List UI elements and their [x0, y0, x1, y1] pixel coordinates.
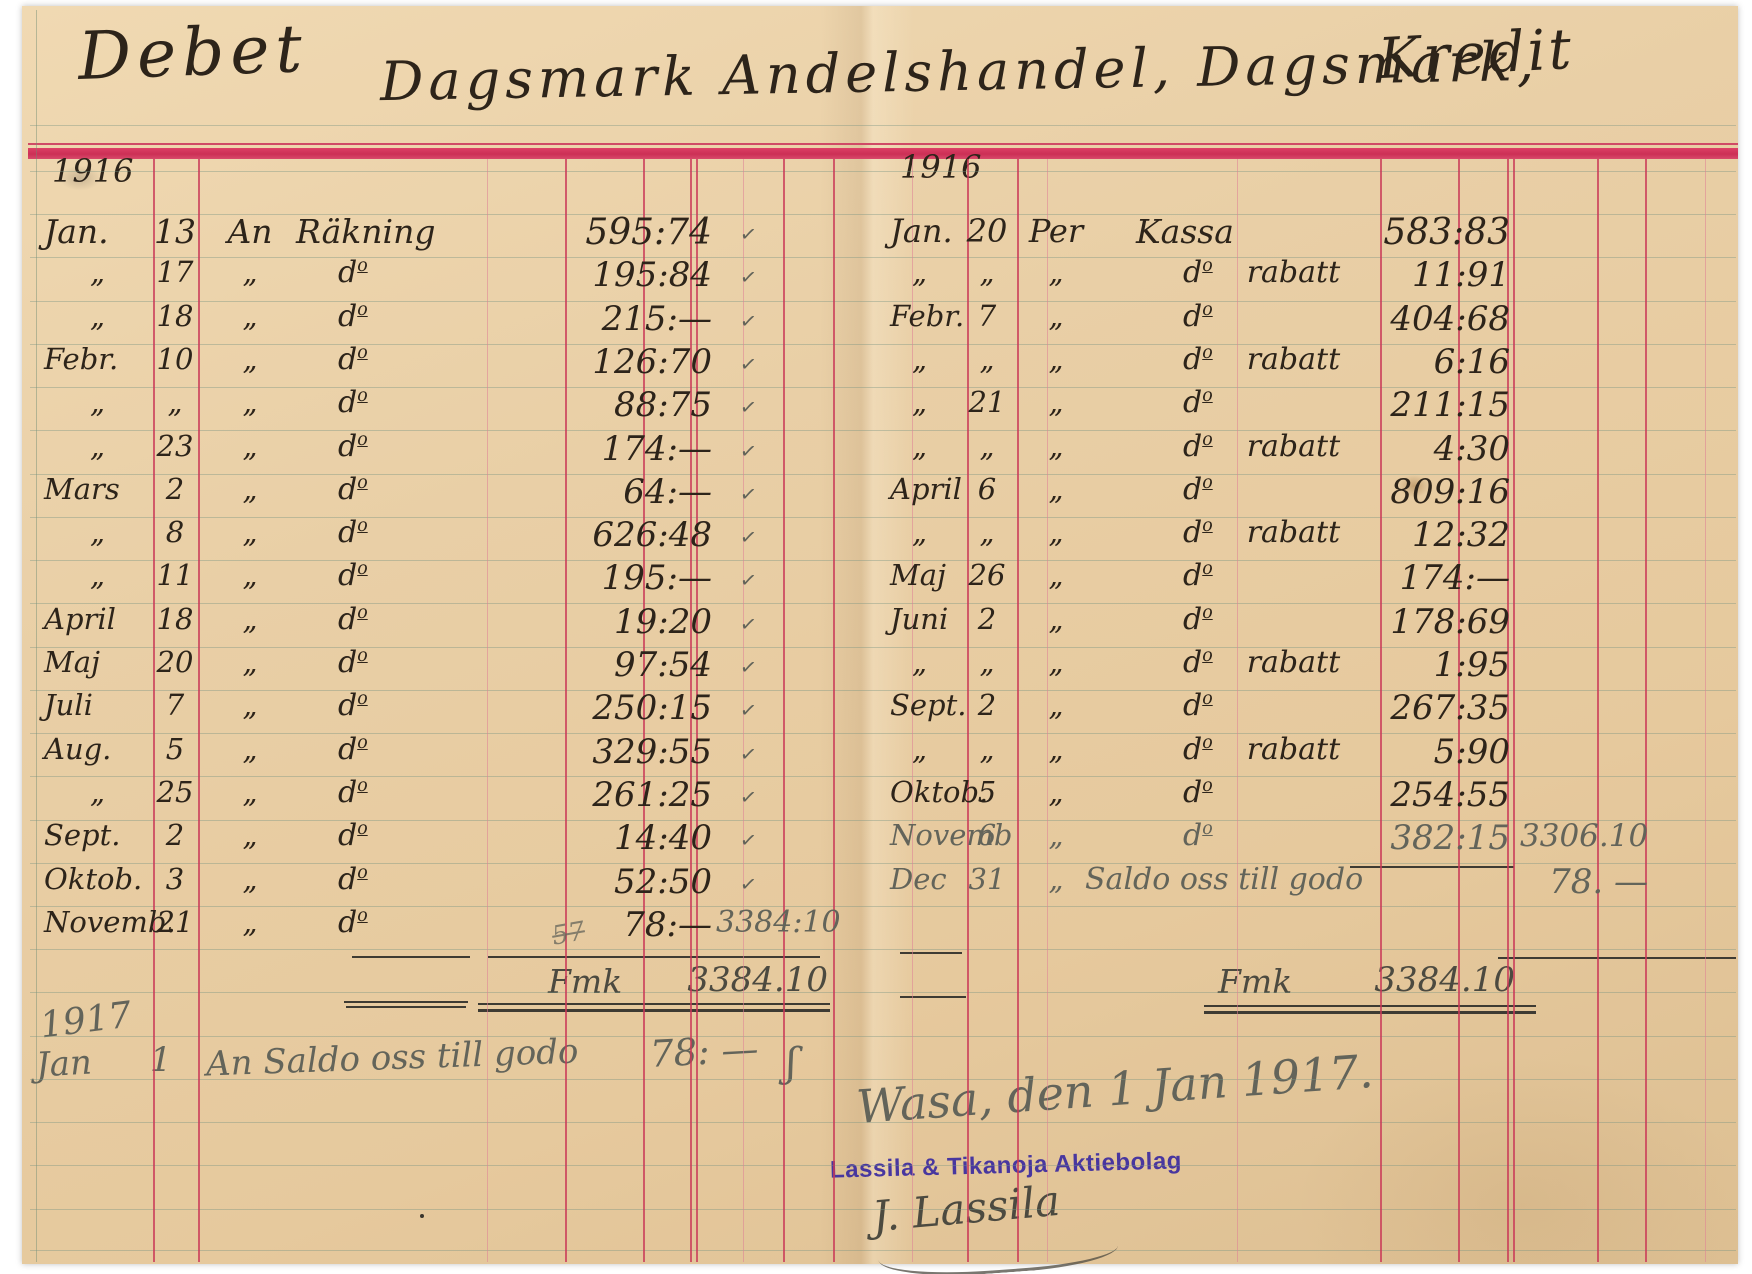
debet-month: „: [90, 299, 105, 333]
kredit-amount: 6:16: [1310, 342, 1510, 382]
debet-day: 3: [150, 862, 200, 896]
overwritten-amount: 57: [550, 916, 588, 951]
ruled-line: [30, 1165, 1736, 1166]
kredit-per: „: [1026, 602, 1086, 636]
debet-day: 2: [150, 472, 200, 506]
debet-day: 25: [150, 775, 200, 809]
kredit-row: Novemb6„do382:153306.10: [880, 818, 1740, 864]
debet-column-title: Debet: [77, 10, 309, 95]
debet-desc: do: [338, 645, 368, 680]
check-mark: ✓: [738, 784, 758, 810]
debet-desc: do: [338, 818, 368, 853]
kredit-month: Maj: [890, 558, 946, 592]
kredit-day: „: [960, 645, 1014, 679]
kredit-per: Per: [1026, 212, 1086, 250]
kredit-day: 21: [960, 385, 1014, 419]
debet-desc: do: [338, 429, 368, 464]
debet-amount: 19:20: [500, 602, 712, 642]
header-rule-thin: [28, 143, 1738, 145]
ruled-line: [30, 1036, 1736, 1037]
kredit-per: „: [1026, 862, 1086, 896]
kredit-desc: do: [1183, 299, 1213, 334]
kredit-month: „: [912, 342, 927, 376]
debet-amount: 261:25: [500, 775, 712, 815]
debet-amount: 64:—: [500, 472, 712, 512]
kredit-desc: do: [1183, 558, 1213, 593]
check-mark: ✓: [738, 394, 758, 420]
kredit-day: 5: [960, 775, 1014, 809]
kredit-day: „: [960, 515, 1014, 549]
kredit-desc: do: [1183, 602, 1213, 637]
kredit-desc: do: [1183, 385, 1213, 420]
ruled-line: [30, 1122, 1736, 1123]
debet-month: Febr.: [44, 342, 118, 376]
kredit-total-double-rule2: [1204, 1011, 1536, 1014]
kredit-amount: 583:83: [1310, 212, 1510, 253]
kredit-month: „: [912, 732, 927, 766]
kredit-amount: 5:90: [1310, 732, 1510, 772]
kredit-total-double-rule: [1204, 1005, 1536, 1007]
debet-amount: 126:70: [500, 342, 712, 382]
debet-row: „„„do88:75✓: [36, 385, 836, 431]
kredit-per: „: [1026, 775, 1086, 809]
kredit-amount: 382:15: [1310, 818, 1510, 858]
kredit-row: Sept.2„do267:35: [880, 688, 1740, 734]
debet-amount: 329:55: [500, 732, 712, 772]
check-mark: ✓: [738, 221, 758, 247]
kredit-day: „: [960, 732, 1014, 766]
kredit-total-label: Fmk: [1218, 962, 1292, 1001]
kredit-per: „: [1026, 732, 1086, 766]
kredit-row: „„„dorabatt6:16: [880, 342, 1740, 388]
debet-day: 2: [150, 818, 200, 852]
debet-day: 5: [150, 732, 200, 766]
kredit-month: Jan.: [890, 212, 953, 250]
debet-day: 20: [150, 645, 200, 679]
kredit-desc: do: [1183, 818, 1213, 853]
kredit-per: „: [1026, 429, 1086, 463]
debet-row: „18„do215:—✓: [36, 299, 836, 345]
debet-amount: 250:15: [500, 688, 712, 728]
debet-total-double-rule: [478, 1003, 830, 1005]
debet-day: 21: [150, 905, 200, 939]
debet-month: „: [90, 255, 105, 289]
check-mark: ✓: [738, 654, 758, 680]
debet-per: „: [218, 255, 282, 289]
kredit-day: 6: [960, 472, 1014, 506]
check-mark: ✓: [738, 741, 758, 767]
kredit-month: Sept.: [890, 688, 966, 722]
kredit-row: Febr.7„do404:68: [880, 299, 1740, 345]
check-mark: ✓: [738, 351, 758, 377]
check-mark: ✓: [738, 611, 758, 637]
kredit-desc: do: [1183, 775, 1213, 810]
kredit-amount: 1:95: [1310, 645, 1510, 685]
debet-row: Sept.2„do14:40✓: [36, 818, 836, 864]
kredit-amount: 178:69: [1310, 602, 1510, 642]
kredit-per: „: [1026, 515, 1086, 549]
debet-month: „: [90, 775, 105, 809]
kredit-column-title: Kredit: [1376, 17, 1575, 92]
kredit-month: Dec: [890, 862, 947, 896]
kredit-per: „: [1026, 255, 1086, 289]
debet-per: „: [218, 515, 282, 549]
kredit-row: „21„do211:15: [880, 385, 1740, 431]
debet-month: „: [90, 515, 105, 549]
kredit-row: Dec31„Saldo oss till godo78. —: [880, 862, 1740, 908]
debet-month: Mars: [44, 472, 120, 506]
debet-amount: 195:84: [500, 255, 712, 295]
kredit-pencil-subtotal: 3306.10: [1520, 818, 1670, 854]
debet-amount: 88:75: [500, 385, 712, 425]
debet-total-double-rule2: [478, 1009, 830, 1012]
kredit-month: „: [912, 255, 927, 289]
debet-month: Jan.: [44, 212, 109, 251]
kredit-per: „: [1026, 472, 1086, 506]
debet-per: „: [218, 775, 282, 809]
kredit-amount: 267:35: [1310, 688, 1510, 728]
debet-per: An: [218, 212, 282, 251]
debet-row: „11„do195:—✓: [36, 558, 836, 604]
ruled-line: [30, 171, 1736, 172]
debet-row: Novemb.21„do78:—573384:10: [36, 905, 836, 951]
debet-desc: Räkning: [296, 212, 435, 251]
debet-day: 10: [150, 342, 200, 376]
debet-desc: do: [338, 515, 368, 550]
kredit-per: „: [1026, 818, 1086, 852]
kredit-row: „„„dorabatt1:95: [880, 645, 1740, 691]
debet-closing-dash-bottom: [344, 1001, 468, 1003]
kredit-day: 2: [960, 688, 1014, 722]
kredit-month: „: [912, 515, 927, 549]
ruled-line: [30, 992, 1736, 993]
kredit-amount: 809:16: [1310, 472, 1510, 512]
kredit-row: Maj26„do174:—: [880, 558, 1740, 604]
debet-row: „23„do174:—✓: [36, 429, 836, 475]
debet-amount: 52:50: [500, 862, 712, 902]
debet-month: Maj: [44, 645, 100, 679]
kredit-amount: 4:30: [1310, 429, 1510, 469]
ruled-line: [30, 1250, 1736, 1251]
kredit-row: „„„dorabatt11:91: [880, 255, 1740, 301]
kredit-per: „: [1026, 688, 1086, 722]
debet-desc: do: [338, 558, 368, 593]
debet-row: Jan.13AnRäkning595:74✓: [36, 212, 836, 258]
kredit-amount: 78. —: [1540, 862, 1648, 902]
ruled-line: [30, 1209, 1736, 1210]
debet-day: 8: [150, 515, 200, 549]
debet-day: „: [150, 385, 200, 419]
debet-month: „: [90, 385, 105, 419]
check-mark: ✓: [738, 567, 758, 593]
debet-closing-dash-top: [352, 956, 470, 958]
kredit-desc: do: [1183, 472, 1213, 507]
debet-day: 18: [150, 602, 200, 636]
kredit-day: 6: [960, 818, 1014, 852]
debet-row: April18„do19:20✓: [36, 602, 836, 648]
kredit-amount: 11:91: [1310, 255, 1510, 295]
debet-month: Juli: [44, 688, 93, 722]
debet-desc: do: [338, 862, 368, 897]
debet-per: „: [218, 818, 282, 852]
debet-desc: do: [338, 688, 368, 723]
kredit-row: April6„do809:16: [880, 472, 1740, 518]
debet-desc: do: [338, 255, 368, 290]
kredit-amount: 404:68: [1310, 299, 1510, 339]
debet-amount: 626:48: [500, 515, 712, 555]
kredit-per: „: [1026, 558, 1086, 592]
debet-per: „: [218, 472, 282, 506]
debet-month: „: [90, 558, 105, 592]
debet-desc: do: [338, 905, 368, 940]
check-mark: ✓: [738, 308, 758, 334]
kredit-day: „: [960, 342, 1014, 376]
debet-desc: do: [338, 472, 368, 507]
debet-per: „: [218, 385, 282, 419]
debet-row: Juli7„do250:15✓: [36, 688, 836, 734]
debet-day: 11: [150, 558, 200, 592]
debet-total-rule: [488, 956, 820, 958]
debet-row: Mars2„do64:—✓: [36, 472, 836, 518]
kredit-day: 31: [960, 862, 1014, 896]
debet-per: „: [218, 429, 282, 463]
debet-month: Aug.: [44, 732, 111, 766]
debet-day: 17: [150, 255, 200, 289]
debet-amount: 14:40: [500, 818, 712, 858]
debet-row: Maj20„do97:54✓: [36, 645, 836, 691]
debet-amount: 78:—: [500, 905, 712, 945]
check-mark: ✓: [738, 264, 758, 290]
debet-desc: do: [338, 385, 368, 420]
debet-row: „17„do195:84✓: [36, 255, 836, 301]
kredit-amount: 174:—: [1310, 558, 1510, 598]
kredit-month: „: [912, 385, 927, 419]
kredit-month: „: [912, 645, 927, 679]
kredit-day: 20: [960, 212, 1014, 250]
kredit-month: Febr.: [890, 299, 964, 333]
debet-per: „: [218, 732, 282, 766]
kredit-amount: 211:15: [1310, 385, 1510, 425]
kredit-desc: Kassa: [1136, 212, 1234, 251]
debet-per: „: [218, 602, 282, 636]
kredit-total-amount: 3384.10: [1340, 960, 1515, 1000]
ruled-line: [30, 1079, 1736, 1080]
debet-per: „: [218, 645, 282, 679]
debet-pencil-total: 3384:10: [716, 905, 856, 940]
debet-total-amount: 3384.10: [640, 960, 828, 1000]
debet-per: „: [218, 688, 282, 722]
debet-month: Oktob.: [44, 862, 142, 896]
ledger-page: Debet Dagsmark Andelshandel, Dagsmark, K…: [0, 0, 1752, 1274]
kredit-per: „: [1026, 342, 1086, 376]
kredit-row: Oktob.5„do254:55: [880, 775, 1740, 821]
debet-day: 18: [150, 299, 200, 333]
debet-month: Sept.: [44, 818, 120, 852]
kredit-day: „: [960, 429, 1014, 463]
debet-row: Febr.10„do126:70✓: [36, 342, 836, 388]
debet-amount: 595:74: [500, 212, 712, 253]
kredit-month: April: [890, 472, 962, 506]
debet-closing-dash-bottom2: [346, 1006, 466, 1008]
debet-total-label: Fmk: [548, 962, 622, 1001]
debet-desc: do: [338, 775, 368, 810]
kredit-desc: Saldo oss till godo: [1085, 862, 1363, 897]
debet-amount: 174:—: [500, 429, 712, 469]
header-rule-band: [28, 148, 1738, 159]
kredit-month: „: [912, 429, 927, 463]
debet-month: „: [90, 429, 105, 463]
kredit-closing-dash-bottom: [900, 996, 966, 998]
kredit-closing-dash-top: [900, 952, 962, 954]
debet-per: „: [218, 299, 282, 333]
kredit-row: „„„dorabatt4:30: [880, 429, 1740, 475]
kredit-per: „: [1026, 299, 1086, 333]
kredit-amount: 254:55: [1310, 775, 1510, 815]
debet-per: „: [218, 342, 282, 376]
kredit-day: „: [960, 255, 1014, 289]
debet-desc: do: [338, 602, 368, 637]
kredit-per: „: [1026, 385, 1086, 419]
kredit-row: „„„dorabatt5:90: [880, 732, 1740, 778]
kredit-day: 26: [960, 558, 1014, 592]
kredit-desc: do: [1183, 688, 1213, 723]
debet-per: „: [218, 558, 282, 592]
kredit-amount: 12:32: [1310, 515, 1510, 555]
debet-row: Oktob.3„do52:50✓: [36, 862, 836, 908]
check-mark: ✓: [738, 437, 758, 463]
debet-desc: do: [338, 299, 368, 334]
kredit-day: 7: [960, 299, 1014, 333]
kredit-balance-rule: [1498, 957, 1736, 959]
kredit-row: Jan.20PerKassa583:83: [880, 212, 1740, 258]
debet-desc: do: [338, 342, 368, 377]
debet-day: 23: [150, 429, 200, 463]
check-mark: ✓: [738, 524, 758, 550]
ruled-line: [30, 125, 1736, 126]
kredit-day: 2: [960, 602, 1014, 636]
debet-per: „: [218, 905, 282, 939]
kredit-per: „: [1026, 645, 1086, 679]
check-mark: ✓: [738, 481, 758, 507]
kredit-month: Juni: [890, 602, 948, 636]
debet-desc: do: [338, 732, 368, 767]
check-mark: ✓: [738, 870, 758, 896]
debet-per: „: [218, 862, 282, 896]
kredit-row: Juni2„do178:69: [880, 602, 1740, 648]
check-mark: ✓: [738, 827, 758, 853]
debet-month: April: [44, 602, 116, 636]
debet-day: 7: [150, 688, 200, 722]
debet-row: „25„do261:25✓: [36, 775, 836, 821]
debet-amount: 97:54: [500, 645, 712, 685]
debet-amount: 215:—: [500, 299, 712, 339]
debet-row: „8„do626:48✓: [36, 515, 836, 561]
ink-dot: [420, 1214, 424, 1218]
debet-day: 13: [150, 212, 200, 251]
debet-amount: 195:—: [500, 558, 712, 598]
kredit-row: „„„dorabatt12:32: [880, 515, 1740, 561]
debet-row: Aug.5„do329:55✓: [36, 732, 836, 778]
check-mark: ✓: [738, 697, 758, 723]
